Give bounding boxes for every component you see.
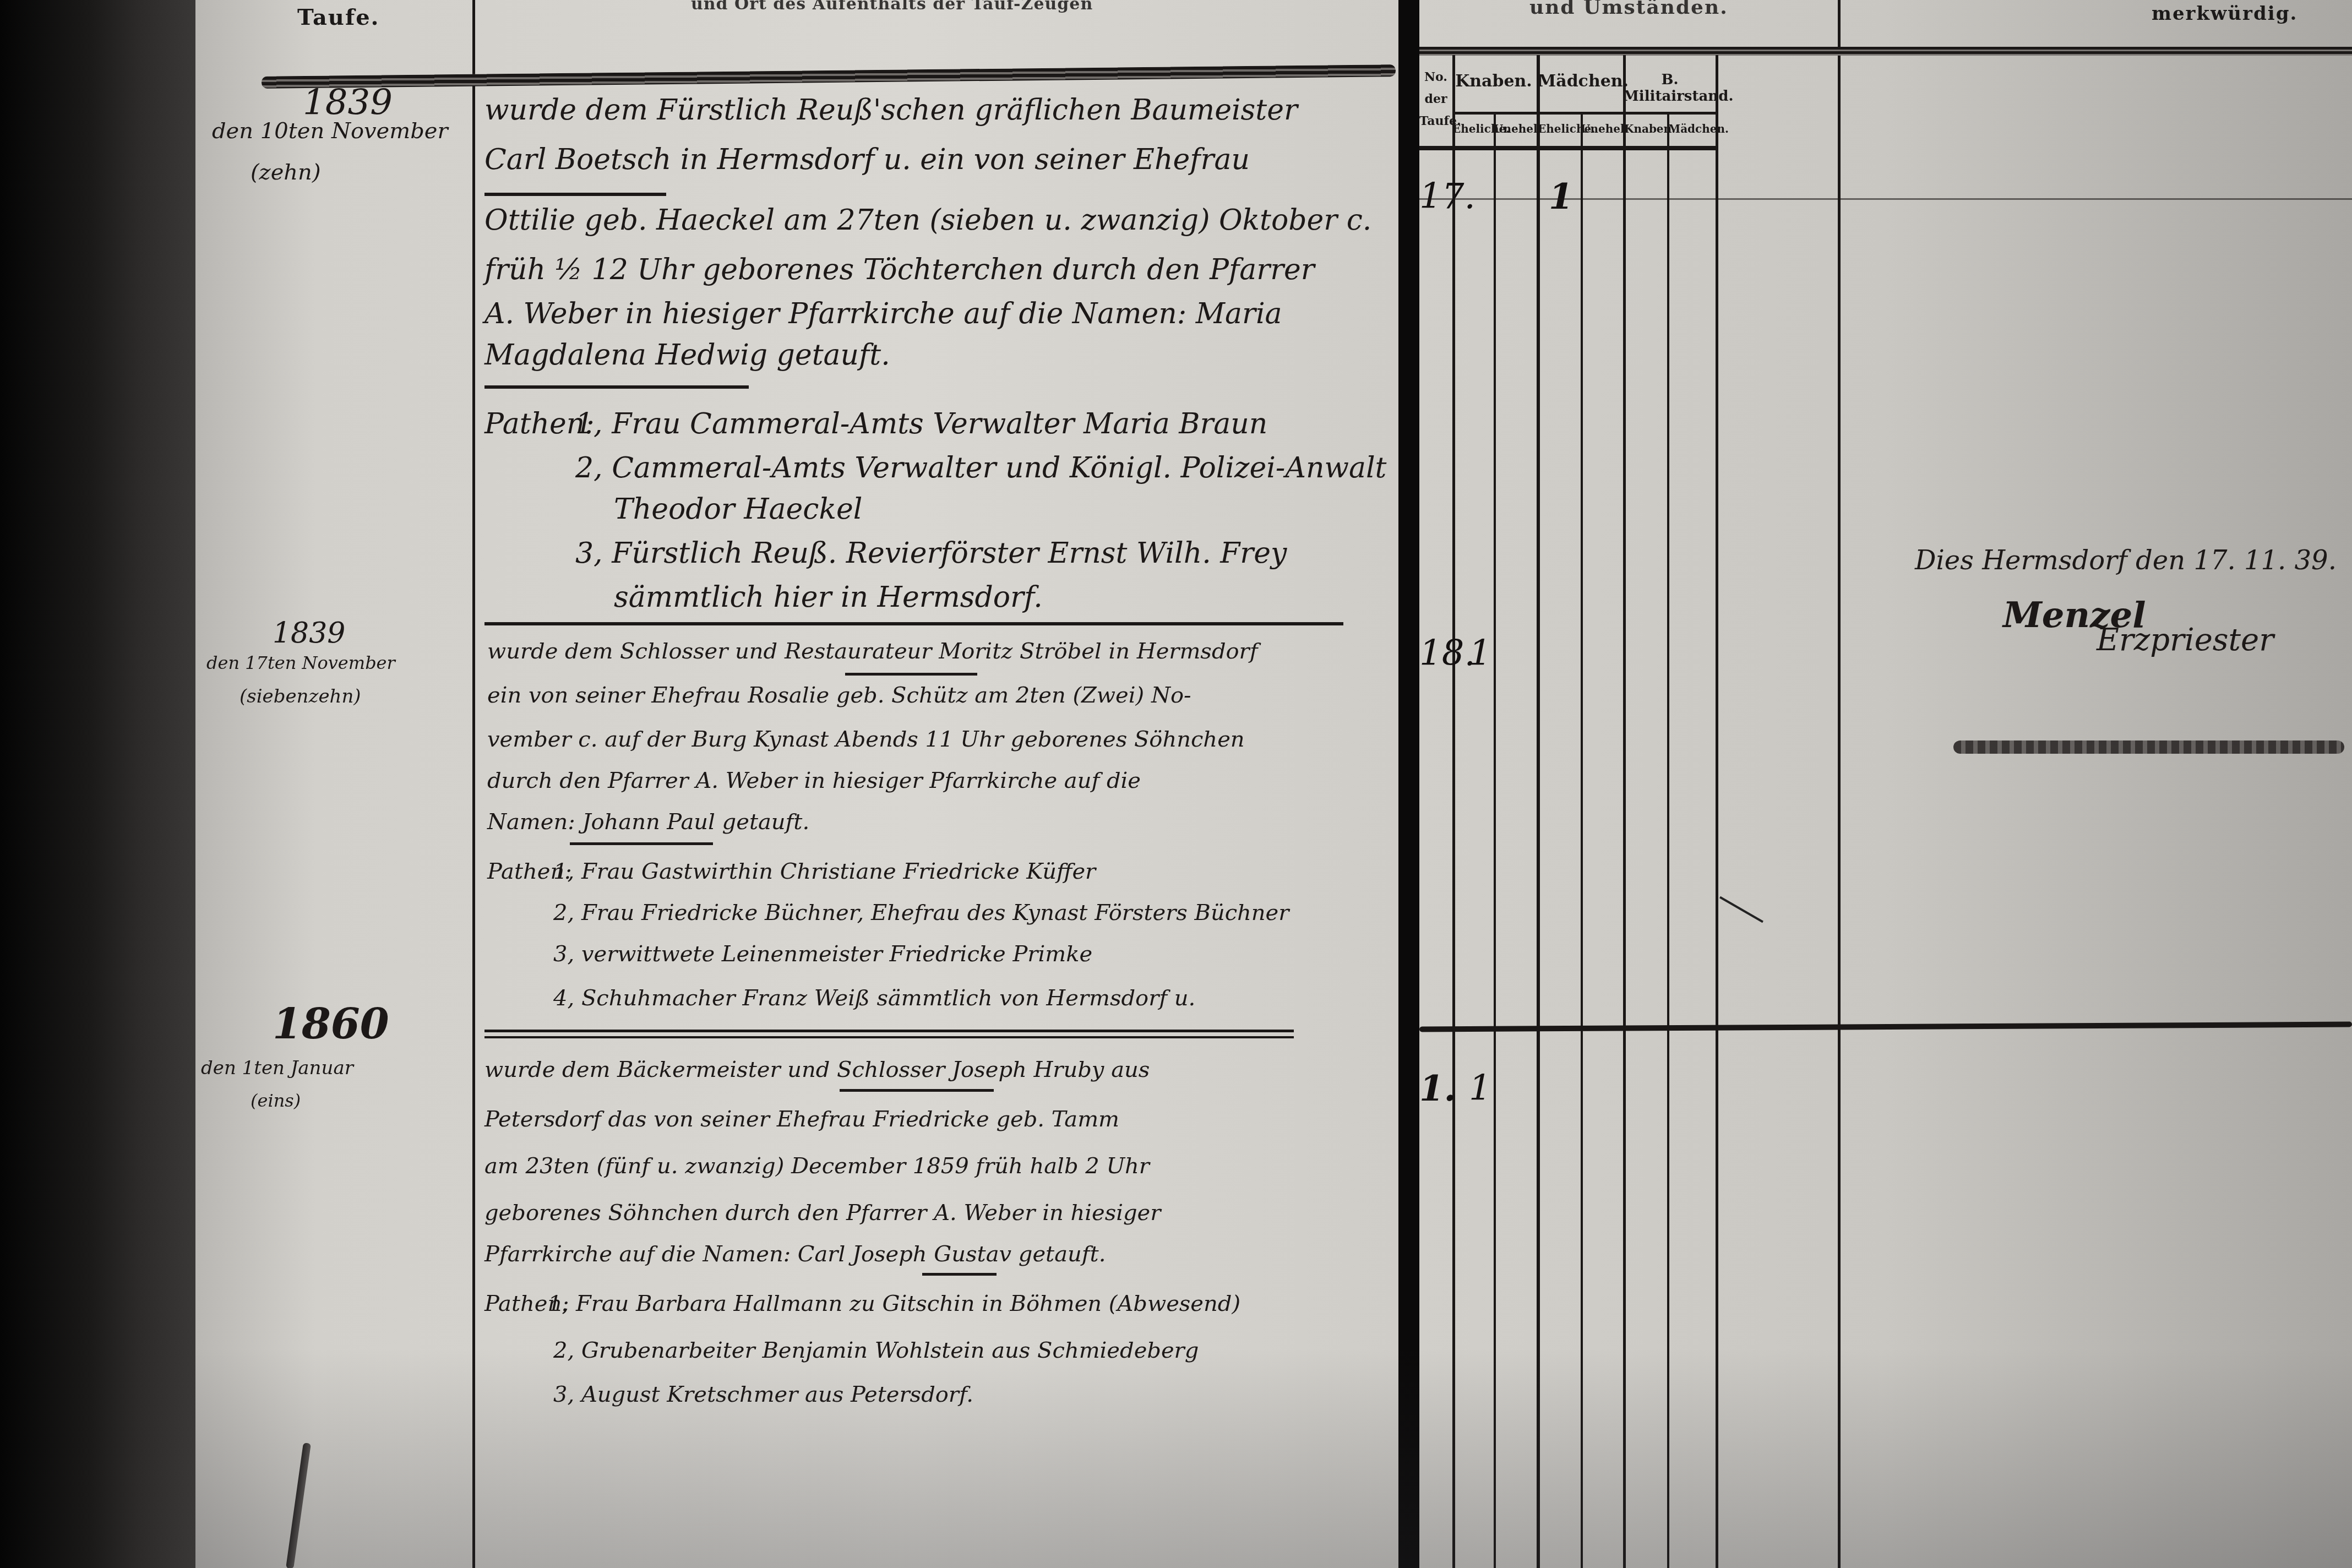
sub-knaben-unehel: Unehel. — [1494, 122, 1535, 135]
header-remarkable: merkwürdig. — [2152, 3, 2297, 25]
margin-column-divider — [472, 0, 475, 1568]
remark-visitation-note: Dies Hermsdorf den 17. 11. 39. — [1915, 545, 2337, 576]
col-rule — [1581, 113, 1583, 1568]
godparent: 1, Frau Barbara Hallmann zu Gitschin in … — [548, 1291, 1240, 1316]
child-name-underline — [484, 385, 749, 389]
pen-stroke — [1719, 896, 1763, 923]
col-knaben-header: Knaben. — [1452, 72, 1535, 91]
header-circumstances: und Umständen. — [1529, 0, 1728, 19]
margin-date: den 17ten November — [206, 652, 395, 673]
sub-mil-maedchen: Mädchen. — [1668, 122, 1717, 135]
left-page: Taufe. und Ort des Aufenthalts der Tauf-… — [195, 0, 1398, 1568]
entry-line: wurde dem Bäckermeister und Schlosser Jo… — [484, 1057, 1150, 1082]
father-underline — [845, 673, 977, 676]
col-maedchen-header: Mädchen. — [1538, 72, 1623, 91]
child-name-underline — [570, 842, 713, 845]
godparent: 1, Frau Cammeral-Amts Verwalter Maria Br… — [575, 407, 1267, 440]
margin-year: 1839 — [273, 617, 345, 650]
remark-title: Erzpriester — [2097, 622, 2274, 658]
entry-divider — [484, 1030, 1294, 1032]
col-rule — [1494, 113, 1496, 1568]
margin-date-words: (eins) — [251, 1090, 301, 1111]
godparent: sämmtlich hier in Hermsdorf. — [614, 581, 1043, 614]
entry-line: A. Weber in hiesiger Pfarrkirche auf die… — [484, 297, 1282, 330]
col-rule — [1623, 55, 1626, 1568]
margin-date: den 1ten Januar — [201, 1057, 353, 1079]
godparent: 2, Cammeral-Amts Verwalter und Königl. P… — [575, 451, 1387, 484]
entry-line: wurde dem Fürstlich Reuß'schen gräfliche… — [484, 94, 1298, 127]
table-head-rule — [1419, 146, 1717, 150]
margin-year: 1839 — [303, 83, 393, 123]
remarks-column-divider — [1838, 0, 1841, 1568]
sub-knaben-ehel: Eheliche. — [1452, 122, 1494, 135]
godparent: 4, Schuhmacher Franz Weiß sämmtlich von … — [553, 986, 1195, 1011]
godparent: Theodor Haeckel — [614, 493, 862, 526]
entry-line: Ottilie geb. Haeckel am 27ten (sieben u.… — [484, 204, 1371, 237]
cell-knaben-ehel: 1 — [1469, 633, 1491, 674]
margin-date-words: (siebenzehn) — [239, 685, 361, 707]
entry-line: Petersdorf das von seiner Ehefrau Friedr… — [484, 1107, 1119, 1132]
godparent: 2, Frau Friedricke Büchner, Ehefrau des … — [553, 900, 1289, 925]
row-no: 18. — [1419, 633, 1476, 674]
entry-line: früh ½ 12 Uhr geborenes Töchterchen durc… — [484, 253, 1315, 286]
col-rule — [1667, 113, 1669, 1568]
entry-line: geborenes Söhnchen durch den Pfarrer A. … — [484, 1200, 1161, 1226]
ink-flourish — [1953, 741, 2344, 754]
subheader-rule — [1452, 112, 1717, 115]
godparent: 3, Fürstlich Reuß. Revierförster Ernst W… — [575, 537, 1287, 570]
father-underline — [484, 193, 666, 196]
col-no-header: No. der Taufe. — [1419, 66, 1452, 132]
sub-maedchen-unehel: Unehel. — [1581, 122, 1624, 135]
col-militaer-header: B. Militairstand. — [1623, 72, 1717, 105]
header-taufe: Taufe. — [297, 4, 380, 30]
margin-date: den 10ten November — [212, 118, 448, 144]
header-witnesses: und Ort des Aufenthalts der Tauf-Zeugen — [691, 0, 1093, 14]
right-page: und Umständen. merkwürdig. No. der Taufe… — [1419, 0, 2352, 1568]
entry-line: am 23ten (fünf u. zwanzig) December 1859… — [484, 1153, 1150, 1179]
cell-maedchen-ehel: 1 — [1549, 176, 1574, 217]
entry-line: Pfarrkirche auf die Namen: Carl Joseph G… — [484, 1242, 1106, 1267]
header-rule — [262, 64, 1396, 89]
sub-maedchen-ehel: Eheliche. — [1538, 122, 1581, 135]
father-underline — [840, 1089, 994, 1092]
margin-date-words: (zehn) — [251, 160, 320, 185]
entry-line: Magdalena Hedwig getauft. — [484, 339, 890, 372]
godparent: 3, August Kretschmer aus Petersdorf. — [553, 1382, 973, 1407]
row-rule — [1419, 198, 2352, 200]
godparent: 1, Frau Gastwirthin Christiane Friedrick… — [553, 859, 1096, 884]
entry-divider — [484, 622, 1343, 625]
book-edge-left — [0, 0, 198, 1568]
row-no: 17. — [1419, 176, 1476, 217]
col-rule — [1537, 55, 1540, 1568]
margin-year: 1860 — [273, 999, 389, 1048]
entry-line: wurde dem Schlosser und Restaurateur Mor… — [487, 639, 1258, 664]
entry-line: Namen: Johann Paul getauft. — [487, 809, 809, 835]
year-divider — [1419, 1022, 2352, 1032]
godparent: 2, Grubenarbeiter Benjamin Wohlstein aus… — [553, 1338, 1199, 1363]
header-rule — [1419, 47, 2352, 56]
book-gutter — [1398, 0, 1419, 1568]
child-name-underline — [922, 1273, 997, 1276]
godparent: 3, verwittwete Leinenmeister Friedricke … — [553, 941, 1092, 967]
sub-mil-knaben: Knaben. — [1624, 122, 1668, 135]
entry-line: ein von seiner Ehefrau Rosalie geb. Schü… — [487, 683, 1191, 708]
col-rule — [1716, 55, 1718, 1568]
entry-divider — [484, 1036, 1294, 1038]
pencil-shadow — [286, 1442, 311, 1568]
entry-line: vember c. auf der Burg Kynast Abends 11 … — [487, 727, 1245, 752]
row-no: 1. — [1419, 1068, 1456, 1109]
cell-knaben-ehel: 1 — [1469, 1068, 1491, 1109]
col-rule — [1452, 55, 1455, 1568]
entry-line: Carl Boetsch in Hermsdorf u. ein von sei… — [484, 143, 1250, 176]
entry-line: durch den Pfarrer A. Weber in hiesiger P… — [487, 768, 1141, 793]
